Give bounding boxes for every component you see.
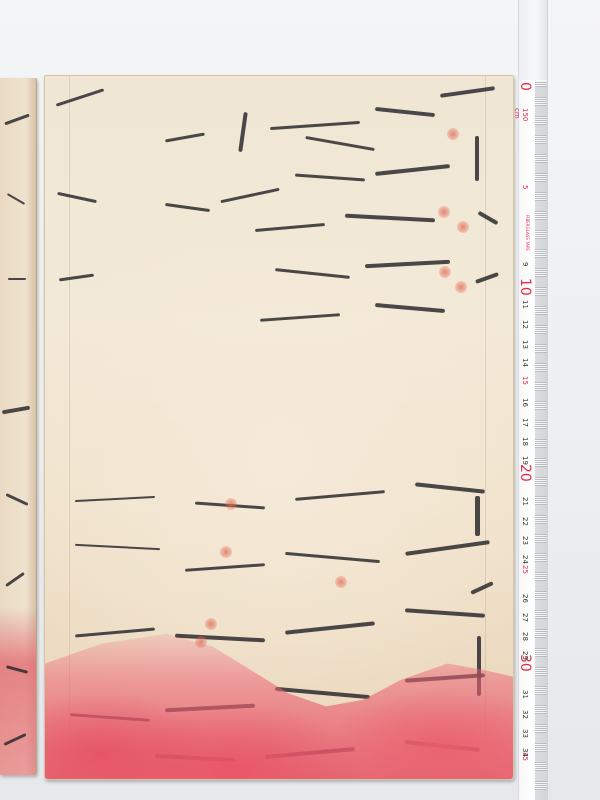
tape-mark-15: 15	[521, 376, 529, 385]
ink-stroke	[375, 107, 435, 117]
tape-mark: 28	[521, 632, 529, 641]
ink-stroke	[5, 572, 25, 587]
ink-stroke	[59, 274, 94, 282]
ink-stroke	[470, 581, 493, 595]
ink-stroke	[2, 406, 30, 415]
ink-stroke	[260, 313, 340, 322]
ink-stroke	[6, 665, 28, 674]
ink-stroke	[405, 608, 485, 618]
red-seal-mark	[447, 128, 459, 140]
manuscript-page	[44, 75, 514, 780]
tape-end	[519, 0, 547, 80]
ink-stroke	[345, 214, 435, 223]
tape-mark: 33	[521, 729, 529, 738]
tape-mark: 14	[521, 358, 529, 367]
ink-stroke	[75, 496, 155, 502]
ink-stroke	[295, 490, 385, 501]
tape-mark: 11	[521, 300, 529, 309]
tape-mark-20: 20	[517, 464, 533, 482]
tape-mark: 21	[521, 497, 529, 506]
tape-mark: 12	[521, 320, 529, 329]
red-seal-mark	[225, 498, 237, 510]
tape-mark: 32	[521, 710, 529, 719]
ink-stroke	[75, 628, 155, 638]
ink-stroke	[440, 86, 495, 98]
red-seal-mark	[205, 618, 217, 630]
ink-stroke	[295, 174, 365, 182]
tape-mark: 34	[521, 748, 529, 757]
ink-stroke	[475, 136, 479, 181]
ink-stroke	[477, 211, 498, 225]
red-seal-mark	[439, 266, 451, 278]
ink-stroke	[4, 114, 29, 126]
tape-mark-0: 0	[517, 82, 533, 91]
ink-stroke	[375, 303, 445, 313]
tape-mark: 31	[521, 690, 529, 699]
tape-mark: 29	[521, 651, 529, 660]
tape-mark: 16	[521, 398, 529, 407]
ink-stroke	[3, 733, 26, 746]
tape-ticks	[535, 82, 547, 800]
tape-mark: 26	[521, 594, 529, 603]
ink-stroke	[185, 563, 265, 572]
ink-stroke	[165, 133, 205, 143]
red-seal-mark	[220, 546, 232, 558]
ink-stroke	[255, 223, 325, 232]
ink-stroke	[8, 278, 26, 280]
tape-mark: 24	[521, 555, 529, 564]
ink-stroke	[275, 268, 350, 279]
red-seal-mark	[438, 206, 450, 218]
ink-stroke	[75, 544, 160, 550]
ink-stroke	[57, 192, 97, 203]
ink-stroke	[270, 121, 360, 130]
ink-stroke	[285, 621, 375, 634]
ink-stroke	[220, 188, 279, 203]
ink-stroke	[7, 193, 25, 205]
red-seal-mark	[457, 221, 469, 233]
tape-mark: 23	[521, 536, 529, 545]
tape-mark: 13	[521, 340, 529, 349]
tape-mark-10: 10	[517, 278, 533, 296]
measuring-tape: 0 150 cm 5 FIBERGLASS TAPE 10 15 20 25 3…	[518, 0, 548, 800]
ink-stroke	[405, 540, 490, 556]
photo-scene: 0 150 cm 5 FIBERGLASS TAPE 10 15 20 25 3…	[0, 0, 600, 800]
tape-brand: FIBERGLASS TAPE	[525, 215, 530, 251]
tape-mark-25: 25	[521, 565, 529, 574]
tape-unit-label: 150 cm	[513, 108, 529, 126]
ink-stroke	[475, 272, 499, 284]
ink-stroke	[56, 88, 104, 106]
ink-stroke	[415, 482, 485, 493]
ink-stroke	[5, 493, 28, 506]
tape-mark: 18	[521, 437, 529, 446]
ink-stroke	[475, 496, 480, 536]
red-seal-mark	[455, 281, 467, 293]
ink-stroke	[238, 112, 248, 152]
ink-stroke	[165, 203, 210, 212]
red-seal-mark	[195, 636, 207, 648]
adjacent-manuscript-page	[0, 78, 37, 775]
tape-mark: 17	[521, 418, 529, 427]
red-seal-mark	[335, 576, 347, 588]
tape-mark: 22	[521, 517, 529, 526]
ink-stroke	[375, 164, 450, 176]
tape-mark: 27	[521, 613, 529, 622]
tape-mark: 19	[521, 456, 529, 465]
ink-stroke	[365, 260, 450, 268]
tape-mark-5: 5	[521, 185, 529, 189]
red-stain	[45, 614, 513, 779]
ink-stroke	[285, 552, 380, 563]
ink-stroke	[305, 136, 374, 151]
tape-mark: 9	[521, 262, 529, 266]
